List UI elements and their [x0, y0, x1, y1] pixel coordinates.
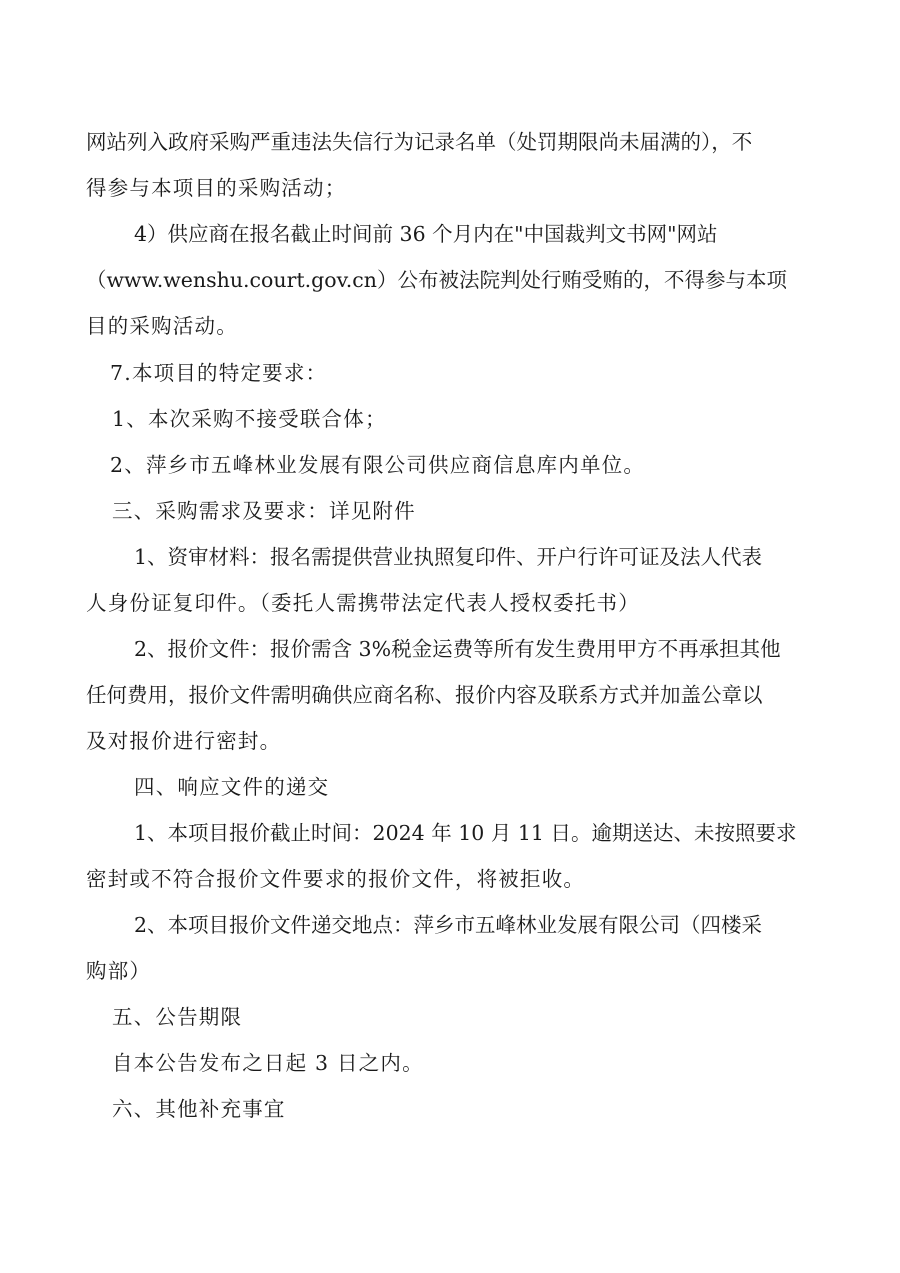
text-line: 密封或不符合报价文件要求的报价文件，将被拒收。 — [86, 864, 585, 894]
text-line: 1、本项目报价截止时间：2024 年 10 月 11 日。逾期送达、未按照要求 — [134, 818, 832, 848]
section-heading: 三、采购需求及要求：详见附件 — [112, 496, 416, 526]
section-heading: 7.本项目的特定要求： — [110, 358, 327, 388]
section-heading: 四、响应文件的递交 — [134, 772, 329, 802]
text-line: 人身份证复印件。（委托人需携带法定代表人授权委托书） — [86, 588, 640, 618]
section-heading: 六、其他补充事宜 — [112, 1094, 286, 1124]
section-heading: 五、公告期限 — [112, 1002, 242, 1032]
text-line: （www.wenshu.court.gov.cn）公布被法院判处行贿受贿的，不得… — [86, 265, 832, 295]
text-line: 自本公告发布之日起 3 日之内。 — [112, 1048, 424, 1078]
text-line: 目的采购活动。 — [86, 311, 238, 341]
document-page: 网站列入政府采购严重违法失信行为记录名单（处罚期限尚未届满的），不 得参与本项目… — [0, 0, 900, 1273]
text-line: 网站列入政府采购严重违法失信行为记录名单（处罚期限尚未届满的），不 — [86, 127, 832, 157]
text-line: 1、资审材料：报名需提供营业执照复印件、开户行许可证及法人代表 — [134, 542, 832, 572]
list-item: 2、萍乡市五峰林业发展有限公司供应商信息库内单位。 — [110, 450, 645, 480]
text-line: 4）供应商在报名截止时间前 36 个月内在"中国裁判文书网"网站 — [134, 219, 832, 249]
text-line: 任何费用，报价文件需明确供应商名称、报价内容及联系方式并加盖公章以 — [86, 680, 832, 710]
text-line: 2、本项目报价文件递交地点：萍乡市五峰林业发展有限公司（四楼采 — [134, 910, 832, 940]
text-line: 2、报价文件：报价需含 3%税金运费等所有发生费用甲方不再承担其他 — [134, 634, 832, 664]
text-line: 得参与本项目的采购活动； — [86, 173, 346, 203]
text-line: 购部） — [86, 956, 151, 986]
text-line: 及对报价进行密封。 — [86, 726, 281, 756]
list-item: 1、本次采购不接受联合体； — [112, 404, 387, 434]
